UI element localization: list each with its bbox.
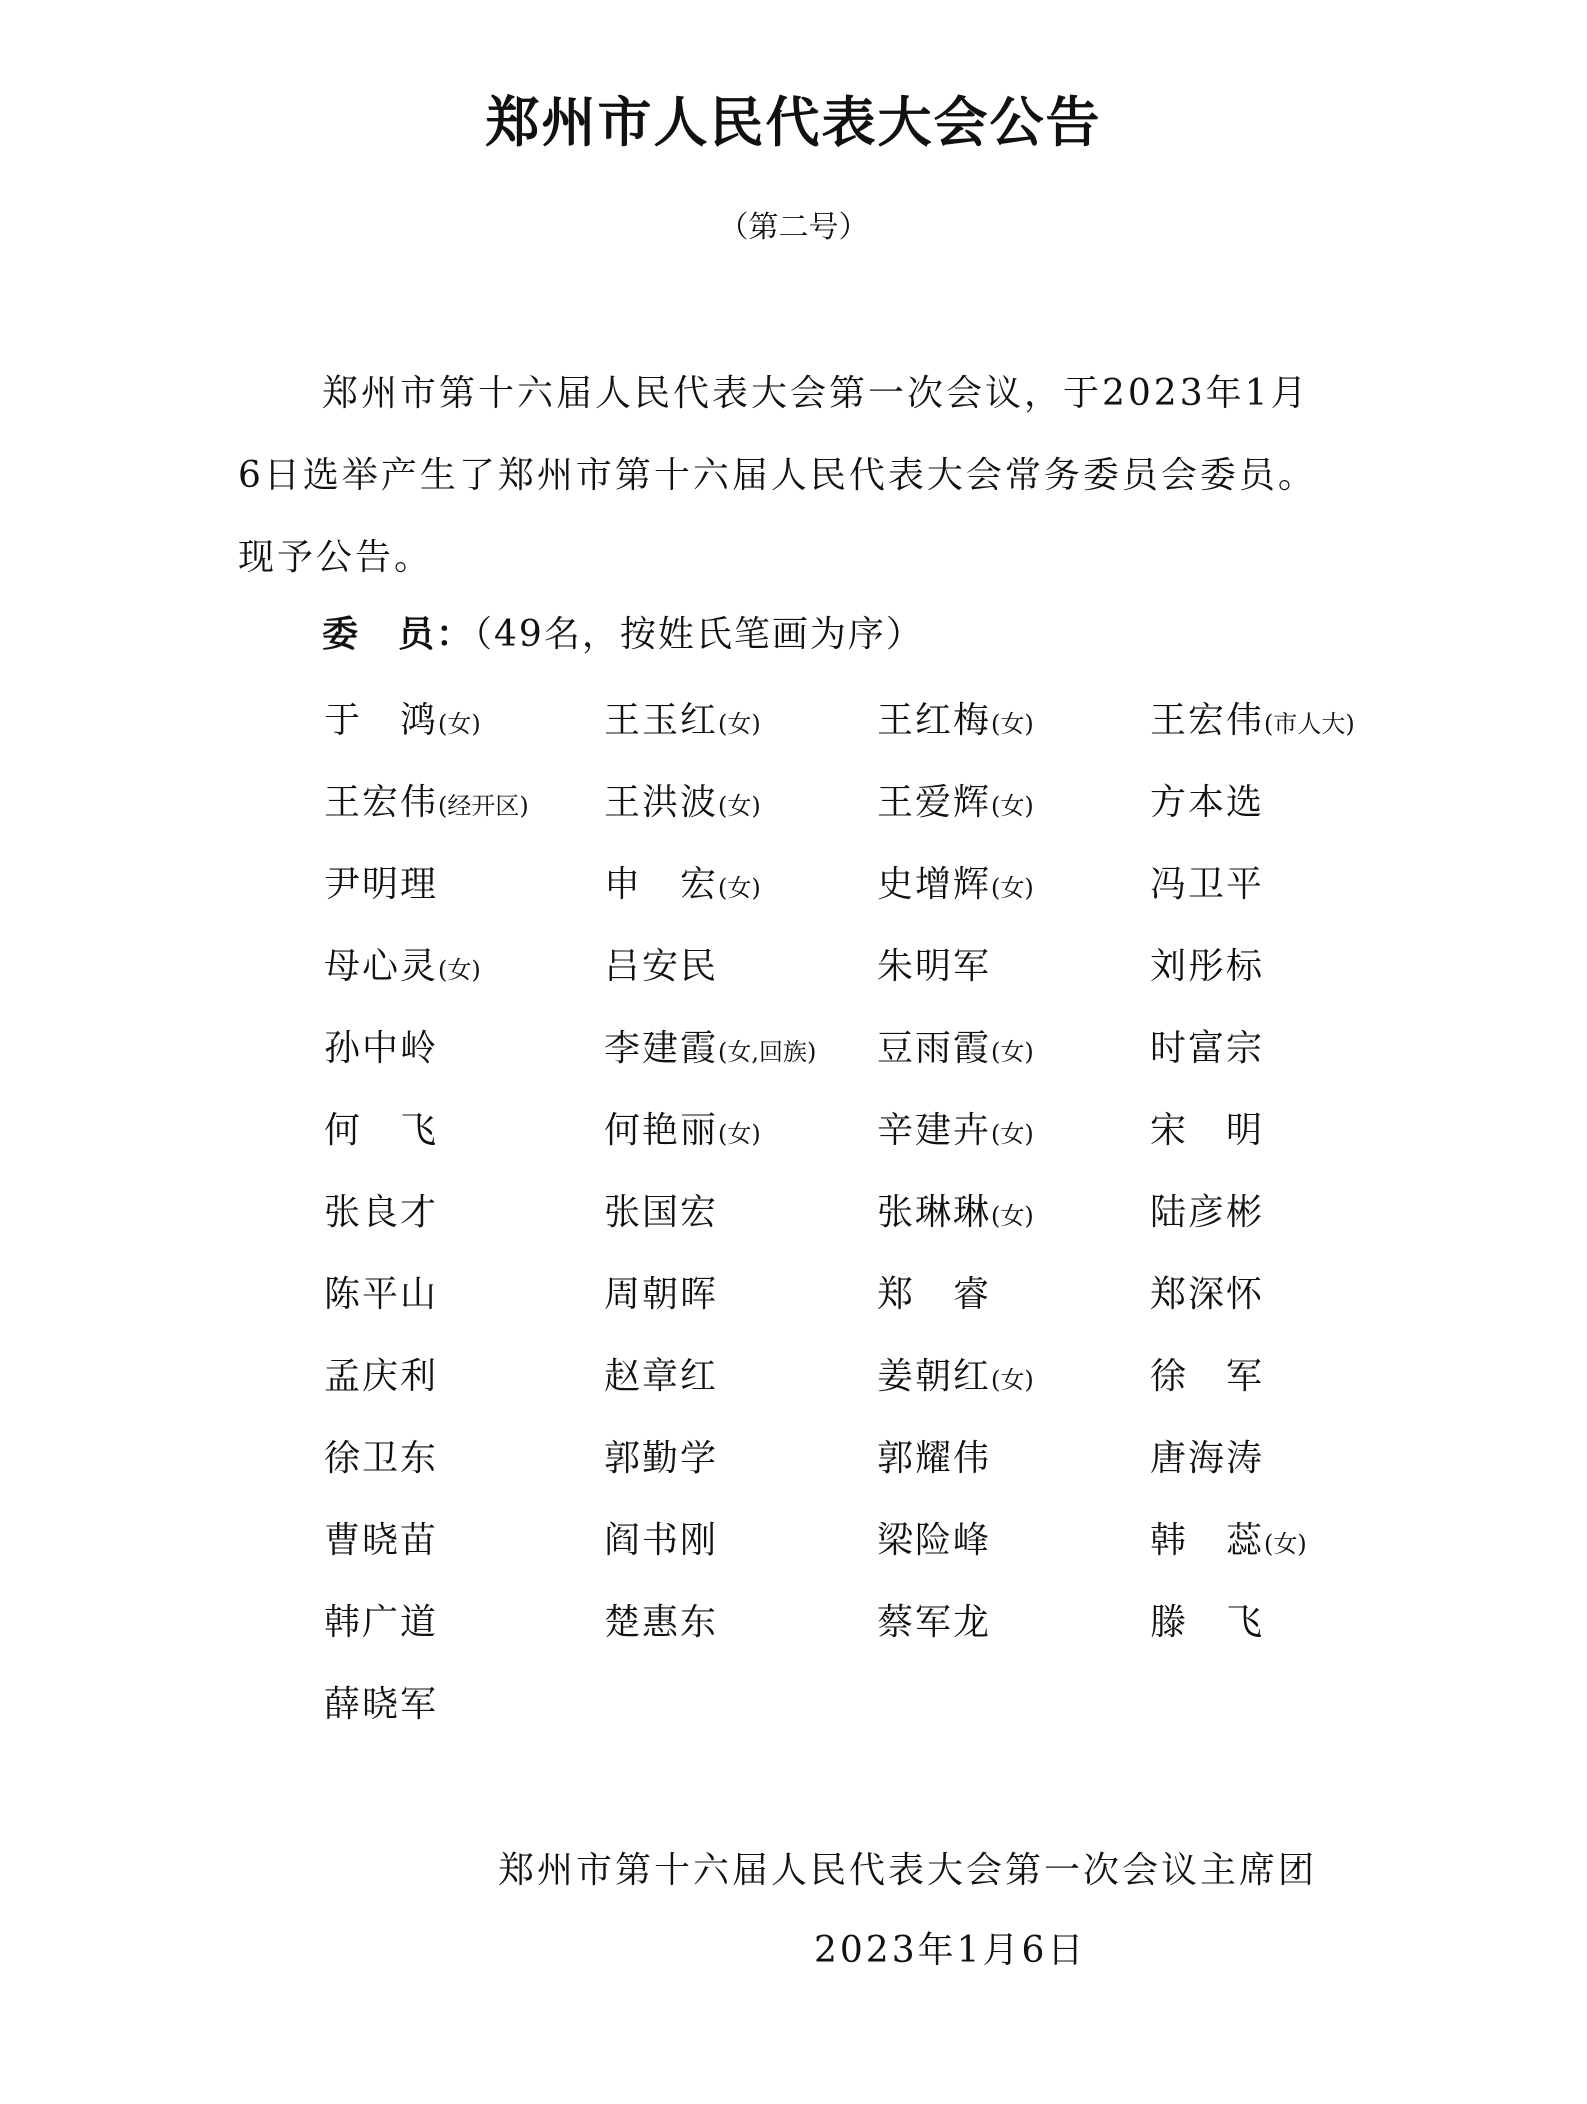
member-note: (女) (1264, 1530, 1307, 1558)
issuer: 郑州市第十六届人民代表大会第一次会议主席团 (498, 1849, 1317, 1893)
member-name: 郭勤学 (604, 1438, 718, 1479)
member-name: 郑 睿 (877, 1274, 991, 1315)
member-entry: 王洪波(女) (604, 781, 761, 828)
member-name: 阎书刚 (604, 1520, 718, 1561)
member-entry: 冯卫平 (1150, 863, 1264, 910)
member-name: 徐 军 (1150, 1356, 1264, 1397)
member-entry: 时富宗 (1150, 1027, 1264, 1074)
member-name: 韩 蕊 (1150, 1520, 1264, 1561)
member-entry: 豆雨霞(女) (877, 1027, 1034, 1074)
member-note: (女) (991, 710, 1034, 738)
member-name: 孙中岭 (324, 1028, 438, 1069)
member-name: 何 飞 (324, 1110, 438, 1151)
member-name: 宋 明 (1150, 1110, 1264, 1151)
member-note: (女) (718, 792, 761, 820)
member-name: 蔡军龙 (877, 1602, 991, 1643)
member-entry: 王宏伟(市人大) (1150, 699, 1355, 746)
body-line-1: 郑州市第十六届人民代表大会第一次会议，于2023年1月 (322, 372, 1310, 416)
member-entry: 姜朝红(女) (877, 1355, 1034, 1402)
member-entry: 楚惠东 (604, 1601, 718, 1648)
member-entry: 陆彦彬 (1150, 1191, 1264, 1238)
member-name: 豆雨霞 (877, 1028, 991, 1069)
announcement-number: （第二号） (0, 208, 1587, 248)
member-entry: 韩广道 (324, 1601, 438, 1648)
member-name: 王爱辉 (877, 782, 991, 823)
issue-date: 2023年1月6日 (814, 1929, 1086, 1973)
member-entry: 蔡军龙 (877, 1601, 991, 1648)
member-name: 曹晓苗 (324, 1520, 438, 1561)
members-count-note: （49名，按姓氏笔画为序） (474, 614, 924, 655)
member-name: 申 宏 (604, 864, 718, 905)
member-entry: 滕 飞 (1150, 1601, 1264, 1648)
member-entry: 陈平山 (324, 1273, 438, 1320)
member-name: 张国宏 (604, 1192, 718, 1233)
member-entry: 于 鸿(女) (324, 699, 481, 746)
member-name: 梁险峰 (877, 1520, 991, 1561)
member-entry: 郭勤学 (604, 1437, 718, 1484)
member-entry: 方本选 (1150, 781, 1264, 828)
member-entry: 赵章红 (604, 1355, 718, 1402)
member-name: 辛建卉 (877, 1110, 991, 1151)
member-entry: 刘彤标 (1150, 945, 1264, 992)
member-name: 王玉红 (604, 700, 718, 741)
members-label: 委 员： (322, 614, 474, 655)
member-name: 滕 飞 (1150, 1602, 1264, 1643)
member-entry: 王玉红(女) (604, 699, 761, 746)
member-name: 于 鸿 (324, 700, 438, 741)
member-entry: 郑深怀 (1150, 1273, 1264, 1320)
member-note: (女) (438, 710, 481, 738)
member-name: 薛晓军 (324, 1684, 438, 1725)
member-name: 王宏伟 (1150, 700, 1264, 741)
member-entry: 朱明军 (877, 945, 991, 992)
member-name: 朱明军 (877, 946, 991, 987)
page-title: 郑州市人民代表大会公告 (0, 88, 1587, 158)
member-entry: 张国宏 (604, 1191, 718, 1238)
member-entry: 王爱辉(女) (877, 781, 1034, 828)
member-entry: 吕安民 (604, 945, 718, 992)
member-name: 郑深怀 (1150, 1274, 1264, 1315)
member-entry: 孙中岭 (324, 1027, 438, 1074)
member-name: 郭耀伟 (877, 1438, 991, 1479)
member-entry: 薛晓军 (324, 1683, 438, 1730)
members-heading: 委 员：（49名，按姓氏笔画为序） (322, 613, 924, 657)
member-entry: 母心灵(女) (324, 945, 481, 992)
member-entry: 何 飞 (324, 1109, 438, 1156)
member-entry: 尹明理 (324, 863, 438, 910)
member-entry: 唐海涛 (1150, 1437, 1264, 1484)
member-note: (女) (991, 1202, 1034, 1230)
member-name: 史增辉 (877, 864, 991, 905)
member-name: 楚惠东 (604, 1602, 718, 1643)
member-name: 母心灵 (324, 946, 438, 987)
member-note: (女) (991, 1038, 1034, 1066)
member-entry: 申 宏(女) (604, 863, 761, 910)
body-line-3: 现予公告。 (238, 536, 433, 580)
member-entry: 周朝晖 (604, 1273, 718, 1320)
member-note: (市人大) (1264, 710, 1355, 738)
member-name: 陆彦彬 (1150, 1192, 1264, 1233)
member-name: 尹明理 (324, 864, 438, 905)
member-name: 周朝晖 (604, 1274, 718, 1315)
member-entry: 张良才 (324, 1191, 438, 1238)
member-entry: 郑 睿 (877, 1273, 991, 1320)
member-name: 王宏伟 (324, 782, 438, 823)
member-note: (女,回族) (718, 1038, 816, 1066)
member-note: (女) (991, 1120, 1034, 1148)
member-name: 何艳丽 (604, 1110, 718, 1151)
member-note: (女) (991, 874, 1034, 902)
member-entry: 徐卫东 (324, 1437, 438, 1484)
member-note: (女) (718, 874, 761, 902)
member-entry: 王宏伟(经开区) (324, 781, 529, 828)
member-name: 张琳琳 (877, 1192, 991, 1233)
member-entry: 韩 蕊(女) (1150, 1519, 1307, 1566)
member-entry: 徐 军 (1150, 1355, 1264, 1402)
member-name: 李建霞 (604, 1028, 718, 1069)
member-entry: 孟庆利 (324, 1355, 438, 1402)
member-entry: 李建霞(女,回族) (604, 1027, 816, 1074)
member-note: (女) (991, 1366, 1034, 1394)
member-name: 陈平山 (324, 1274, 438, 1315)
member-note: (女) (438, 956, 481, 984)
member-entry: 张琳琳(女) (877, 1191, 1034, 1238)
member-entry: 宋 明 (1150, 1109, 1264, 1156)
member-entry: 郭耀伟 (877, 1437, 991, 1484)
member-note: (女) (991, 792, 1034, 820)
member-name: 徐卫东 (324, 1438, 438, 1479)
member-name: 唐海涛 (1150, 1438, 1264, 1479)
member-note: (女) (718, 1120, 761, 1148)
member-name: 王洪波 (604, 782, 718, 823)
member-entry: 何艳丽(女) (604, 1109, 761, 1156)
member-entry: 王红梅(女) (877, 699, 1034, 746)
member-name: 张良才 (324, 1192, 438, 1233)
body-line-2: 6日选举产生了郑州市第十六届人民代表大会常务委员会委员。 (238, 454, 1317, 498)
member-entry: 阎书刚 (604, 1519, 718, 1566)
member-name: 赵章红 (604, 1356, 718, 1397)
member-name: 姜朝红 (877, 1356, 991, 1397)
member-name: 刘彤标 (1150, 946, 1264, 987)
member-note: (女) (718, 710, 761, 738)
member-name: 时富宗 (1150, 1028, 1264, 1069)
member-entry: 辛建卉(女) (877, 1109, 1034, 1156)
member-note: (经开区) (438, 792, 529, 820)
member-entry: 史增辉(女) (877, 863, 1034, 910)
member-entry: 梁险峰 (877, 1519, 991, 1566)
member-entry: 曹晓苗 (324, 1519, 438, 1566)
member-name: 韩广道 (324, 1602, 438, 1643)
member-name: 冯卫平 (1150, 864, 1264, 905)
member-name: 吕安民 (604, 946, 718, 987)
member-name: 方本选 (1150, 782, 1264, 823)
member-name: 王红梅 (877, 700, 991, 741)
member-name: 孟庆利 (324, 1356, 438, 1397)
